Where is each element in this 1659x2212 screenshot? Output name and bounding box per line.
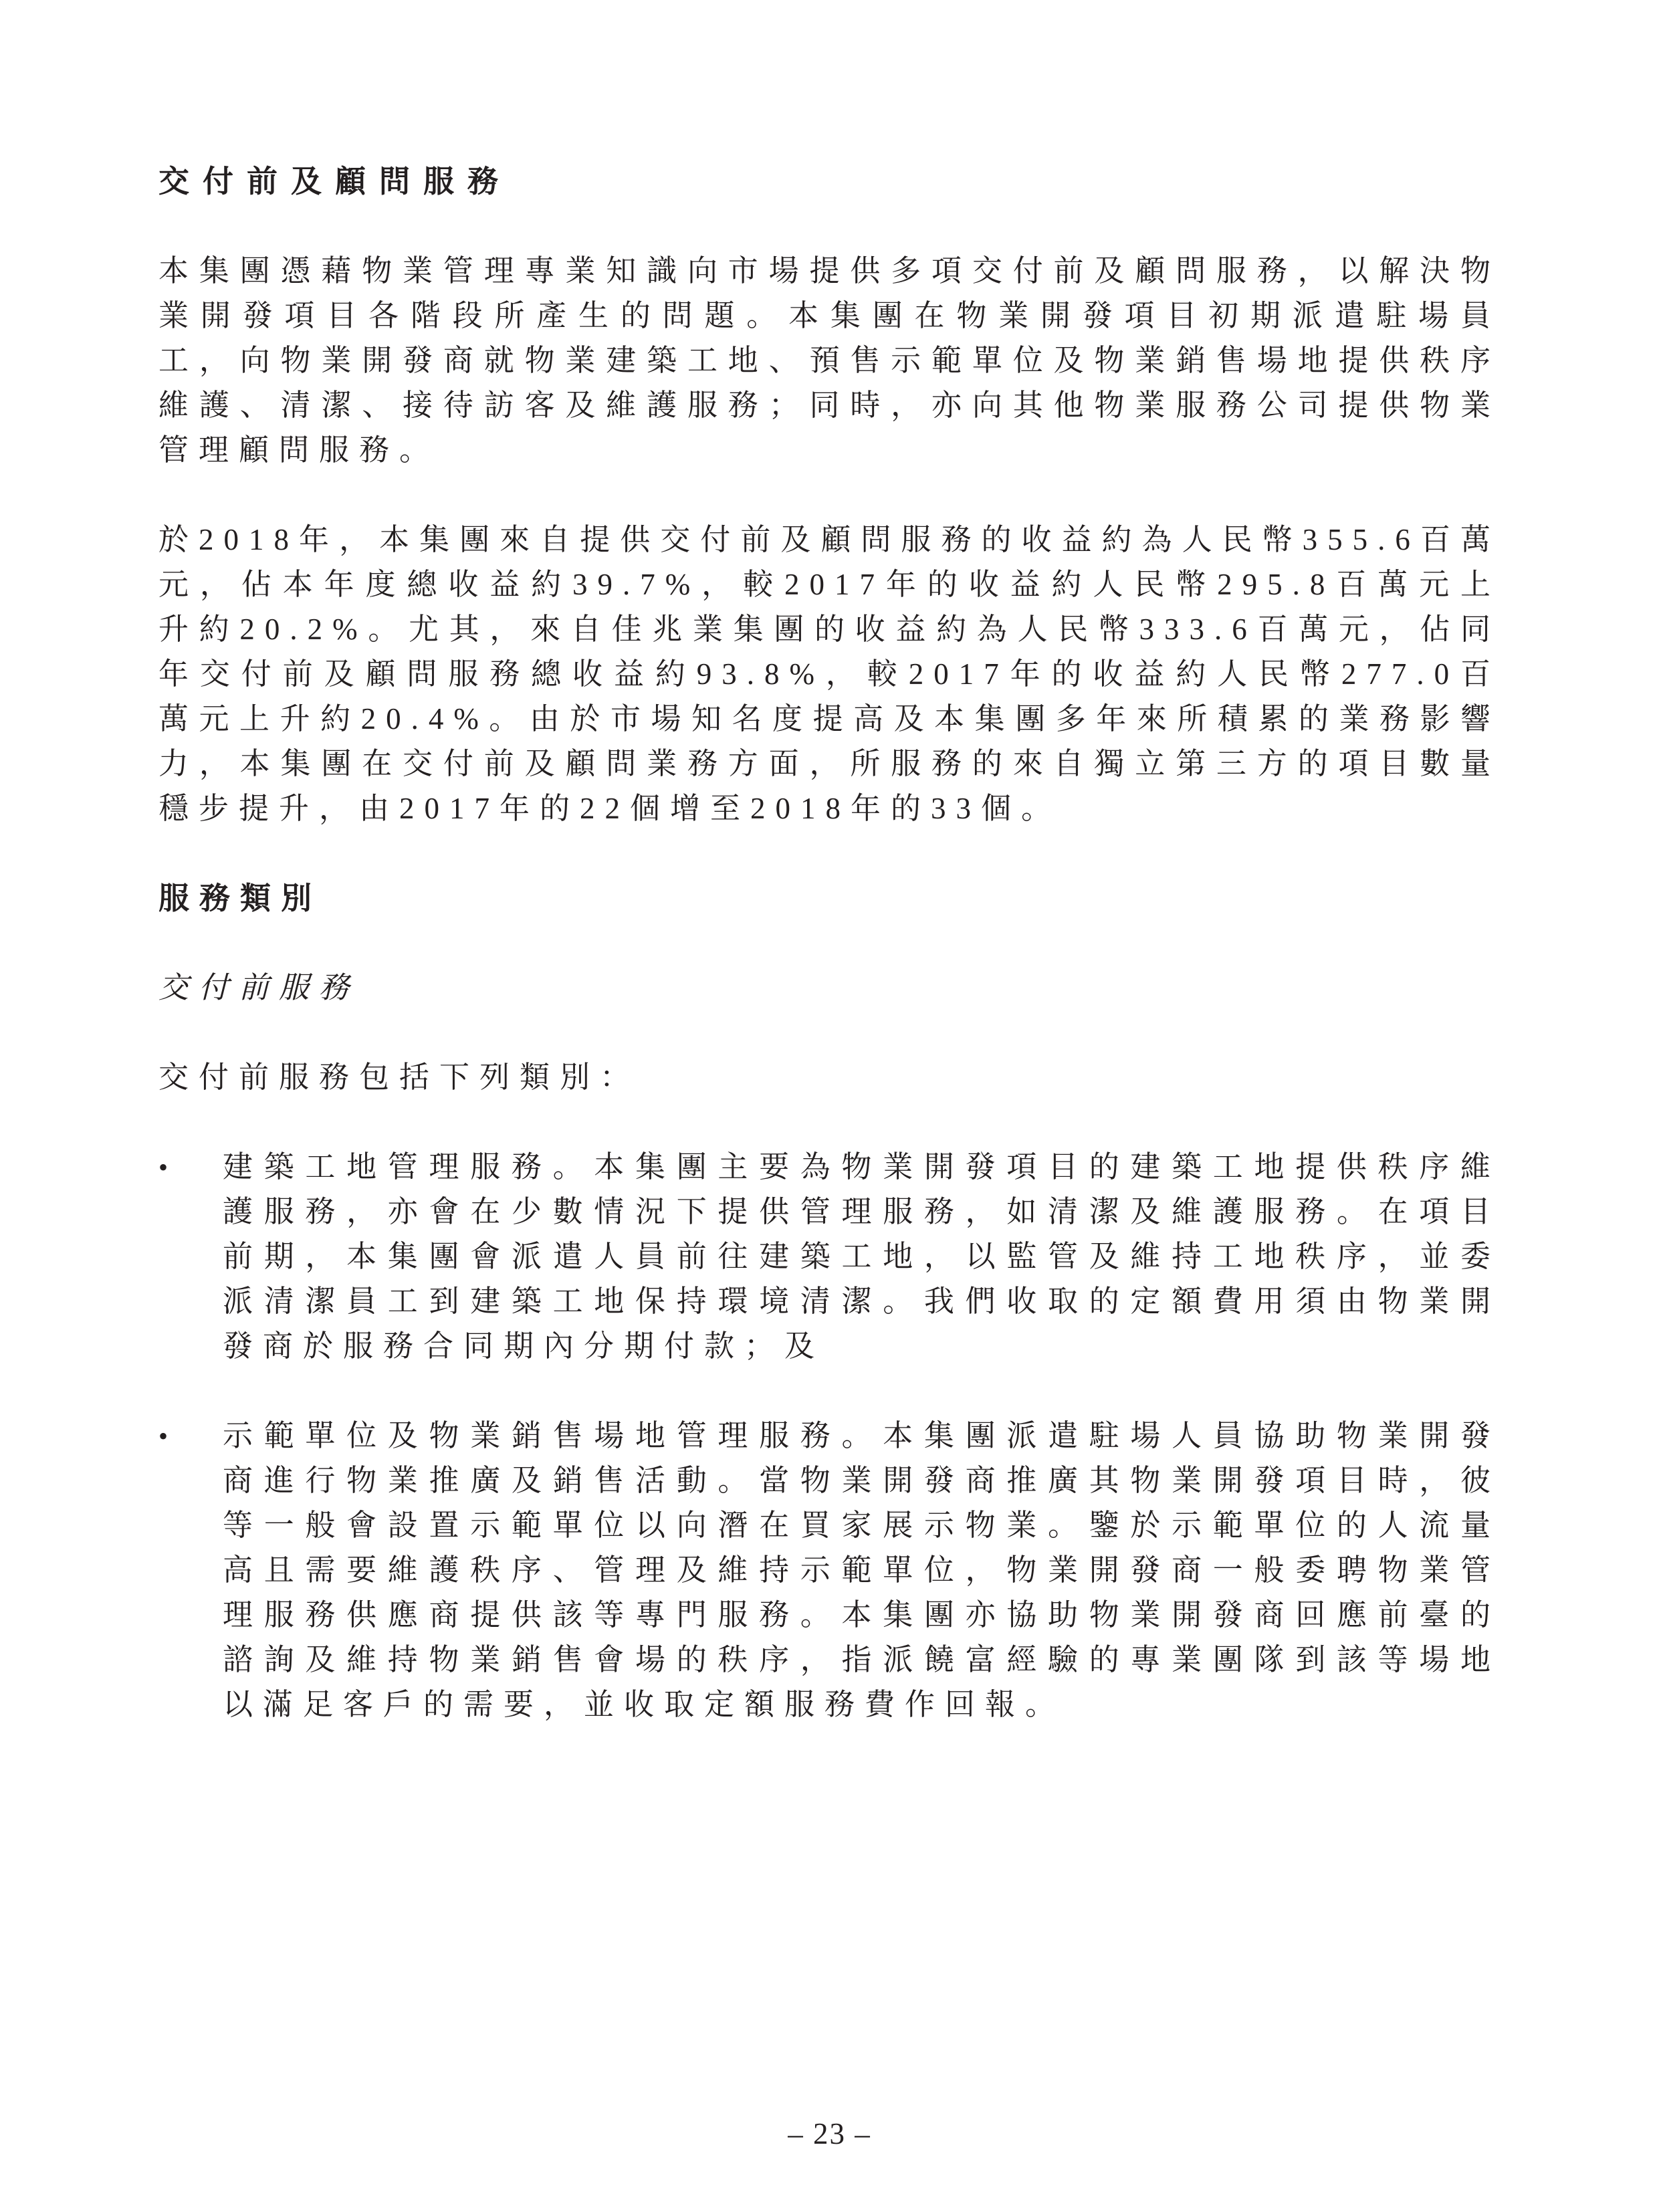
- bullet-item-display-units: • 示範單位及物業銷售場地管理服務。本集團派遣駐場人員協助物業開發商進行物業推廣…: [158, 1414, 1501, 1727]
- paragraph-services-overview: 本集團憑藉物業管理專業知識向市場提供多項交付前及顧問服務，以解決物業開發項目各階…: [158, 249, 1501, 473]
- bullet-marker: •: [158, 1145, 223, 1190]
- category-subheading-pre-delivery: 交付前服務: [158, 966, 1501, 1010]
- document-page: 交付前及顧問服務 本集團憑藉物業管理專業知識向市場提供多項交付前及顧問服務，以解…: [0, 0, 1659, 2212]
- bullet-item-construction-site: • 建築工地管理服務。本集團主要為物業開發項目的建築工地提供秩序維護服務，亦會在…: [158, 1145, 1501, 1369]
- bullet-list: • 建築工地管理服務。本集團主要為物業開發項目的建築工地提供秩序維護服務，亦會在…: [158, 1145, 1501, 1727]
- section-title: 交付前及顧問服務: [158, 159, 1501, 204]
- page-content: 交付前及顧問服務 本集團憑藉物業管理專業知識向市場提供多項交付前及顧問服務，以解…: [158, 159, 1501, 1772]
- bullet-text: 示範單位及物業銷售場地管理服務。本集團派遣駐場人員協助物業開發商進行物業推廣及銷…: [223, 1414, 1501, 1727]
- list-intro: 交付前服務包括下列類別：: [158, 1055, 1501, 1100]
- subsection-heading-service-categories: 服務類別: [158, 876, 1501, 921]
- page-number: – 23 –: [0, 2112, 1659, 2156]
- paragraph-revenue-figures: 於2018年，本集團來自提供交付前及顧問服務的收益約為人民幣355.6百萬元，佔…: [158, 518, 1501, 831]
- bullet-text: 建築工地管理服務。本集團主要為物業開發項目的建築工地提供秩序維護服務，亦會在少數…: [223, 1145, 1501, 1369]
- bullet-marker: •: [158, 1414, 223, 1458]
